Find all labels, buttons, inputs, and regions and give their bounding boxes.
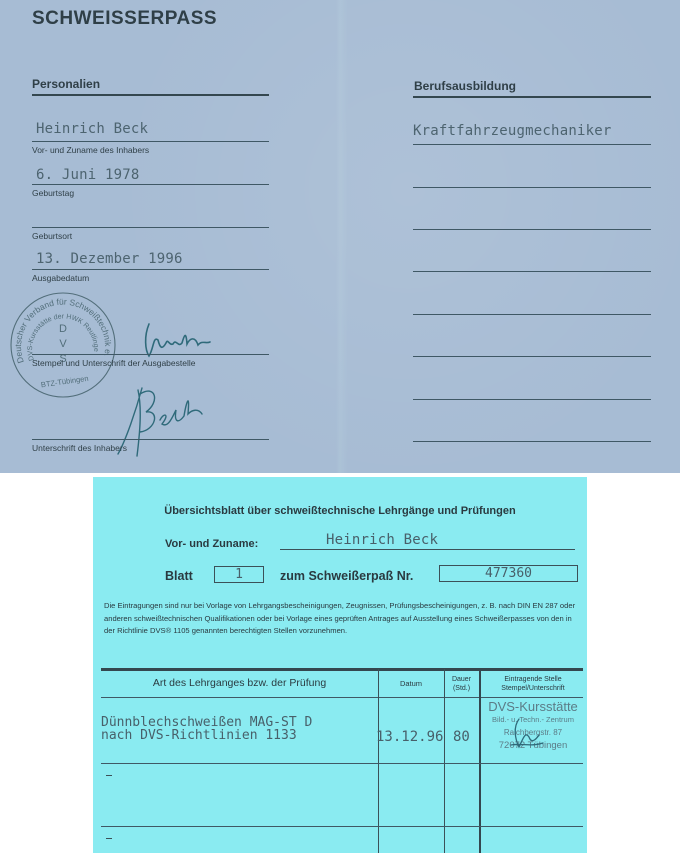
- issuer-stamp-signature: [505, 717, 545, 751]
- training-heading-rule: [413, 96, 651, 98]
- birthdate-line: [32, 184, 269, 185]
- overview-sheet: Übersichtsblatt über schweißtechnische L…: [93, 477, 587, 853]
- issuer-column-header: Eintragende Stelle Stempel/Unterschrift: [481, 675, 585, 693]
- duration-header-line2: (Std.): [444, 684, 479, 693]
- overview-sheet-title: Übersichtsblatt über schweißtechnische L…: [93, 505, 587, 517]
- dvs-seal-stamp: Deutscher Verband für Schweißtechnik e.V…: [8, 290, 118, 400]
- entry-notice: Die Eintragungen sind nur bei Vorlage vo…: [104, 600, 584, 638]
- holder-signature: [112, 380, 222, 462]
- birthdate-label: Geburtstag: [32, 188, 74, 198]
- training-line-2: [413, 187, 651, 188]
- personal-heading-rule: [32, 94, 269, 96]
- passport-number-box: 477360: [439, 565, 578, 582]
- issue-date-line: [32, 269, 269, 270]
- training-line-1: [413, 144, 651, 145]
- course-duration: 80: [453, 731, 470, 744]
- holder-name-label: Vor- und Zuname des Inhabers: [32, 145, 149, 155]
- holder-name-line: [32, 141, 269, 142]
- sheet-number-box: 1: [214, 566, 264, 583]
- row-1-rule: [101, 763, 583, 764]
- training-line-4: [413, 271, 651, 272]
- training-line-7: [413, 399, 651, 400]
- issuer-signature-label: Stempel und Unterschrift der Ausgabestel…: [32, 358, 195, 368]
- empty-row-dash: [106, 775, 112, 776]
- name-line: [280, 549, 575, 550]
- birthplace-line: [32, 227, 269, 228]
- issuer-header-line1: Eintragende Stelle: [481, 675, 585, 684]
- holder-signature-label: Unterschrift des Inhabers: [32, 443, 127, 453]
- issue-date-label: Ausgabedatum: [32, 273, 89, 283]
- passport-number-label: zum Schweißerpaß Nr.: [280, 569, 413, 583]
- sheet-number-label: Blatt: [165, 569, 193, 583]
- welder-passport-card: SCHWEISSERPASS Personalien Heinrich Beck…: [0, 0, 680, 473]
- course-column-header: Art des Lehrganges bzw. der Prüfung: [101, 676, 378, 690]
- svg-text:V: V: [59, 338, 67, 350]
- date-column-header: Datum: [378, 679, 444, 688]
- holder-signature-line: [32, 439, 269, 440]
- passport-title: SCHWEISSERPASS: [32, 8, 217, 30]
- training-line-6: [413, 356, 651, 357]
- holder-name-value: Heinrich Beck: [36, 121, 148, 137]
- training-heading: Berufsausbildung: [414, 79, 516, 93]
- course-line-2: nach DVS-Richtlinien 1133: [101, 729, 297, 742]
- personal-heading: Personalien: [32, 77, 100, 91]
- training-line-3: [413, 229, 651, 230]
- name-label: Vor- und Zuname:: [165, 538, 258, 550]
- issue-date-value: 13. Dezember 1996: [36, 251, 183, 267]
- empty-row-dash: [106, 838, 112, 839]
- table-top-rule: [101, 668, 583, 671]
- issuer-signature-line: [32, 354, 269, 355]
- duration-column-header: Dauer (Std.): [444, 675, 479, 693]
- training-line-8: [413, 441, 651, 442]
- name-value: Heinrich Beck: [326, 532, 438, 548]
- birthdate-value: 6. Juni 1978: [36, 167, 140, 183]
- table-header-rule: [101, 697, 583, 698]
- duration-header-line1: Dauer: [444, 675, 479, 684]
- issuer-header-line2: Stempel/Unterschrift: [481, 684, 585, 693]
- row-2-rule: [101, 826, 583, 827]
- issuer-stamp-line1: DVS-Kursstätte: [481, 699, 585, 714]
- svg-text:BTZ-Tübingen: BTZ-Tübingen: [40, 374, 89, 390]
- course-date: 13.12.96: [376, 731, 443, 744]
- training-line-1-value: Kraftfahrzeugmechaniker: [413, 123, 611, 139]
- svg-text:D: D: [59, 323, 67, 335]
- birthplace-label: Geburtsort: [32, 231, 72, 241]
- training-line-5: [413, 314, 651, 315]
